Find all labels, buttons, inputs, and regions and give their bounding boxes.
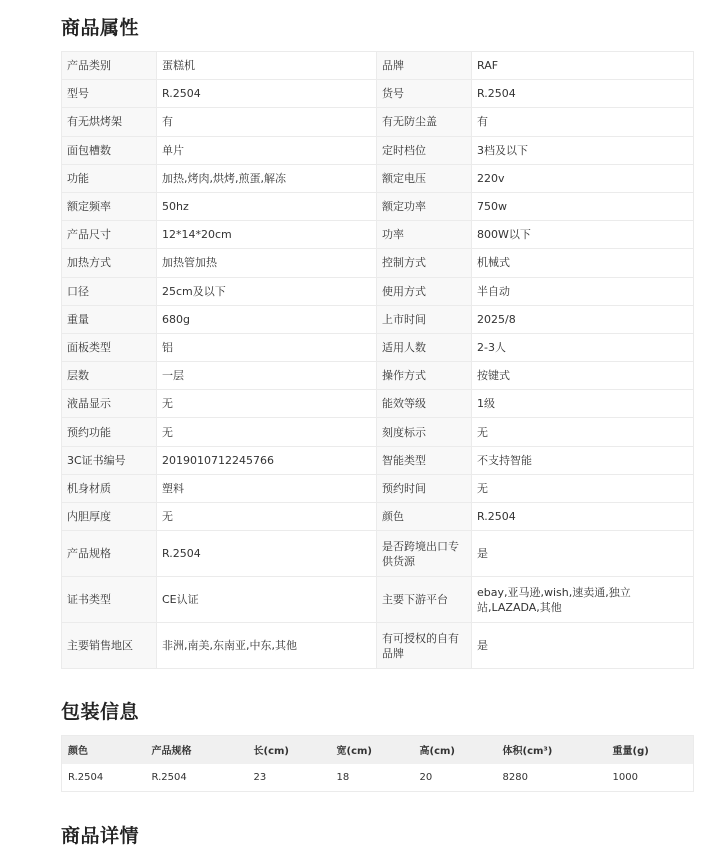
attribute-row: 内胆厚度无颜色R.2504 [62,503,694,531]
attribute-value: 2025/8 [472,305,694,333]
attribute-row: 口径25cm及以下使用方式半自动 [62,277,694,305]
packaging-row: R.2504R.250423182082801000 [62,764,694,792]
attribute-row: 功能加热,烤肉,烘烤,煎蛋,解冻额定电压220v [62,164,694,192]
attribute-row: 重量680g上市时间2025/8 [62,305,694,333]
attribute-value: 2-3人 [472,333,694,361]
attribute-row: 液晶显示无能效等级1级 [62,390,694,418]
attribute-label: 额定功率 [377,192,472,220]
attribute-label: 适用人数 [377,333,472,361]
attribute-value: 12*14*20cm [157,221,377,249]
attribute-row: 主要销售地区非洲,南美,东南亚,中东,其他有可授权的自有品牌是 [62,623,694,669]
packaging-cell: 1000 [607,764,694,792]
attribute-value: 塑料 [157,474,377,502]
attribute-label: 口径 [62,277,157,305]
attribute-value: 有 [157,108,377,136]
section-title-packaging: 包装信息 [61,697,139,724]
section-title-details: 商品详情 [61,821,139,848]
attribute-value: 50hz [157,192,377,220]
attribute-label: 主要销售地区 [62,623,157,669]
attribute-row: 额定频率50hz额定功率750w [62,192,694,220]
attribute-label: 产品尺寸 [62,221,157,249]
attribute-row: 层数一层操作方式按键式 [62,362,694,390]
attribute-value: 有 [472,108,694,136]
attribute-label: 功率 [377,221,472,249]
attribute-label: 操作方式 [377,362,472,390]
packaging-column-header: 颜色 [62,736,146,764]
attribute-label: 智能类型 [377,446,472,474]
attribute-value: 非洲,南美,东南亚,中东,其他 [157,623,377,669]
attribute-value: 3档及以下 [472,136,694,164]
attribute-value: 25cm及以下 [157,277,377,305]
attribute-label: 上市时间 [377,305,472,333]
attribute-value: R.2504 [157,531,377,577]
attribute-label: 控制方式 [377,249,472,277]
packaging-column-header: 产品规格 [146,736,248,764]
attribute-label: 预约功能 [62,418,157,446]
packaging-cell: 20 [414,764,497,792]
attribute-value: 2019010712245766 [157,446,377,474]
attribute-label: 产品规格 [62,531,157,577]
attribute-label: 刻度标示 [377,418,472,446]
attribute-value: 800W以下 [472,221,694,249]
attribute-label: 证书类型 [62,577,157,623]
section-title-attributes: 商品属性 [61,13,139,40]
attribute-label: 有无烘烤架 [62,108,157,136]
attribute-value: 蛋糕机 [157,52,377,80]
attribute-value: 680g [157,305,377,333]
packaging-column-header: 宽(cm) [331,736,414,764]
attribute-label: 液晶显示 [62,390,157,418]
attribute-label: 层数 [62,362,157,390]
attribute-label: 货号 [377,80,472,108]
packaging-cell: 23 [248,764,331,792]
attribute-value: 加热,烤肉,烘烤,煎蛋,解冻 [157,164,377,192]
packaging-cell: 18 [331,764,414,792]
attribute-value: R.2504 [472,503,694,531]
attribute-value: 是 [472,623,694,669]
packaging-column-header: 重量(g) [607,736,694,764]
attribute-value: 加热管加热 [157,249,377,277]
attribute-value: 无 [157,418,377,446]
attribute-value: R.2504 [157,80,377,108]
attribute-label: 额定频率 [62,192,157,220]
attribute-value: 机械式 [472,249,694,277]
attribute-value: 1级 [472,390,694,418]
attribute-label: 额定电压 [377,164,472,192]
attribute-label: 面板类型 [62,333,157,361]
attribute-label: 使用方式 [377,277,472,305]
attribute-value: CE认证 [157,577,377,623]
attribute-value: 是 [472,531,694,577]
attribute-value: 单片 [157,136,377,164]
attribute-value: ebay,亚马逊,wish,速卖通,独立站,LAZADA,其他 [472,577,694,623]
attribute-row: 有无烘烤架有有无防尘盖有 [62,108,694,136]
attribute-label: 有可授权的自有品牌 [377,623,472,669]
attribute-label: 加热方式 [62,249,157,277]
attribute-value: 无 [157,390,377,418]
packaging-cell: 8280 [497,764,607,792]
packaging-column-header: 高(cm) [414,736,497,764]
attribute-value: 不支持智能 [472,446,694,474]
attribute-label: 重量 [62,305,157,333]
attribute-value: 一层 [157,362,377,390]
attribute-value: 半自动 [472,277,694,305]
attribute-value: 750w [472,192,694,220]
attribute-row: 3C证书编号2019010712245766智能类型不支持智能 [62,446,694,474]
packaging-header-row: 颜色产品规格长(cm)宽(cm)高(cm)体积(cm³)重量(g) [62,736,694,764]
packaging-table: 颜色产品规格长(cm)宽(cm)高(cm)体积(cm³)重量(g) R.2504… [61,735,694,792]
attribute-value: 无 [472,418,694,446]
attribute-value: 按键式 [472,362,694,390]
packaging-cell: R.2504 [62,764,146,792]
attribute-row: 型号R.2504货号R.2504 [62,80,694,108]
attribute-label: 机身材质 [62,474,157,502]
attribute-label: 颜色 [377,503,472,531]
attribute-label: 面包槽数 [62,136,157,164]
attribute-row: 面板类型铝适用人数2-3人 [62,333,694,361]
attribute-label: 预约时间 [377,474,472,502]
packaging-column-header: 长(cm) [248,736,331,764]
attribute-row: 证书类型CE认证主要下游平台ebay,亚马逊,wish,速卖通,独立站,LAZA… [62,577,694,623]
attributes-table: 产品类别蛋糕机品牌RAF型号R.2504货号R.2504有无烘烤架有有无防尘盖有… [61,51,694,669]
attribute-label: 型号 [62,80,157,108]
attribute-row: 加热方式加热管加热控制方式机械式 [62,249,694,277]
attribute-label: 功能 [62,164,157,192]
attribute-label: 内胆厚度 [62,503,157,531]
attribute-row: 产品类别蛋糕机品牌RAF [62,52,694,80]
attribute-value: R.2504 [472,80,694,108]
attribute-label: 品牌 [377,52,472,80]
attribute-value: RAF [472,52,694,80]
attribute-value: 铝 [157,333,377,361]
attribute-row: 机身材质塑料预约时间无 [62,474,694,502]
attribute-value: 无 [472,474,694,502]
attribute-label: 能效等级 [377,390,472,418]
attribute-row: 产品规格R.2504是否跨境出口专供货源是 [62,531,694,577]
attribute-label: 有无防尘盖 [377,108,472,136]
attribute-row: 面包槽数单片定时档位3档及以下 [62,136,694,164]
attribute-row: 预约功能无刻度标示无 [62,418,694,446]
packaging-cell: R.2504 [146,764,248,792]
attribute-row: 产品尺寸12*14*20cm功率800W以下 [62,221,694,249]
packaging-column-header: 体积(cm³) [497,736,607,764]
attribute-label: 主要下游平台 [377,577,472,623]
attribute-label: 3C证书编号 [62,446,157,474]
attribute-label: 是否跨境出口专供货源 [377,531,472,577]
attribute-value: 无 [157,503,377,531]
attribute-label: 产品类别 [62,52,157,80]
attribute-label: 定时档位 [377,136,472,164]
attribute-value: 220v [472,164,694,192]
